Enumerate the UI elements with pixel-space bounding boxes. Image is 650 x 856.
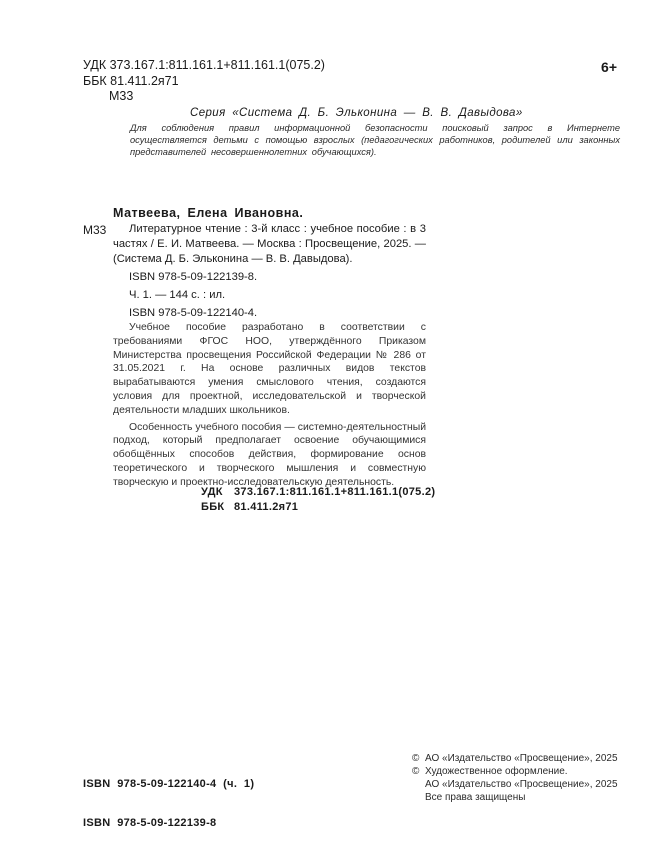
udk-value: 373.167.1:811.161.1+811.161.1(075.2) — [234, 486, 435, 498]
footer-isbn-set: ISBN 978-5-09-122139-8 — [83, 817, 254, 830]
series-title: Серия «Система Д. Б. Эльконина — В. В. Д… — [190, 107, 523, 119]
copyright-icon: © — [412, 752, 425, 765]
copyright-block: ©АО «Издательство «Просвещение», 2025 ©Х… — [412, 752, 618, 804]
bbk-code: ББК 81.411.2я71 — [83, 74, 325, 90]
catalog-part-info: Ч. 1. — 144 с. : ил. — [113, 288, 426, 303]
catalog-author: Матвеева, Елена Ивановна. — [113, 206, 303, 220]
catalog-codes: УДК373.167.1:811.161.1+811.161.1(075.2) … — [201, 485, 435, 514]
rights-reserved: Все права защищены — [425, 791, 525, 804]
bbk-value: 81.411.2я71 — [234, 501, 298, 513]
footer-isbn: ISBN 978-5-09-122140-4 (ч. 1) ISBN 978-5… — [83, 752, 254, 843]
copyright-spacer — [412, 791, 425, 804]
udk-label: УДК — [201, 485, 234, 500]
copyright-spacer — [412, 778, 425, 791]
header-codes: УДК 373.167.1:811.161.1+811.161.1(075.2)… — [83, 58, 325, 105]
copyright-icon: © — [412, 765, 425, 778]
copyright-line: АО «Издательство «Просвещение», 2025 — [425, 752, 618, 765]
author-mark: М33 — [83, 89, 325, 105]
copyright-line: АО «Издательство «Просвещение», 2025 — [425, 778, 618, 791]
catalog-description-1: Учебное пособие разработано в соответств… — [113, 321, 426, 418]
age-rating-badge: 6+ — [601, 59, 617, 75]
bbk-label: ББК — [201, 500, 234, 515]
catalog-isbn-part: ISBN 978-5-09-122140-4. — [113, 306, 426, 321]
safety-notice: Для соблюдения правил информационной без… — [130, 122, 620, 159]
catalog-isbn-set: ISBN 978-5-09-122139-8. — [113, 270, 426, 285]
catalog-card: Литературное чтение : 3-й класс : учебно… — [113, 222, 426, 490]
udk-code: УДК 373.167.1:811.161.1+811.161.1(075.2) — [83, 58, 325, 74]
copyright-line: Художественное оформление. — [425, 765, 568, 778]
catalog-author-mark: М33 — [83, 223, 106, 237]
catalog-title: Литературное чтение : 3-й класс : учебно… — [113, 222, 426, 267]
catalog-description-2: Особенность учебного пособия — системно-… — [113, 421, 426, 490]
footer-isbn-part: ISBN 978-5-09-122140-4 (ч. 1) — [83, 778, 254, 791]
